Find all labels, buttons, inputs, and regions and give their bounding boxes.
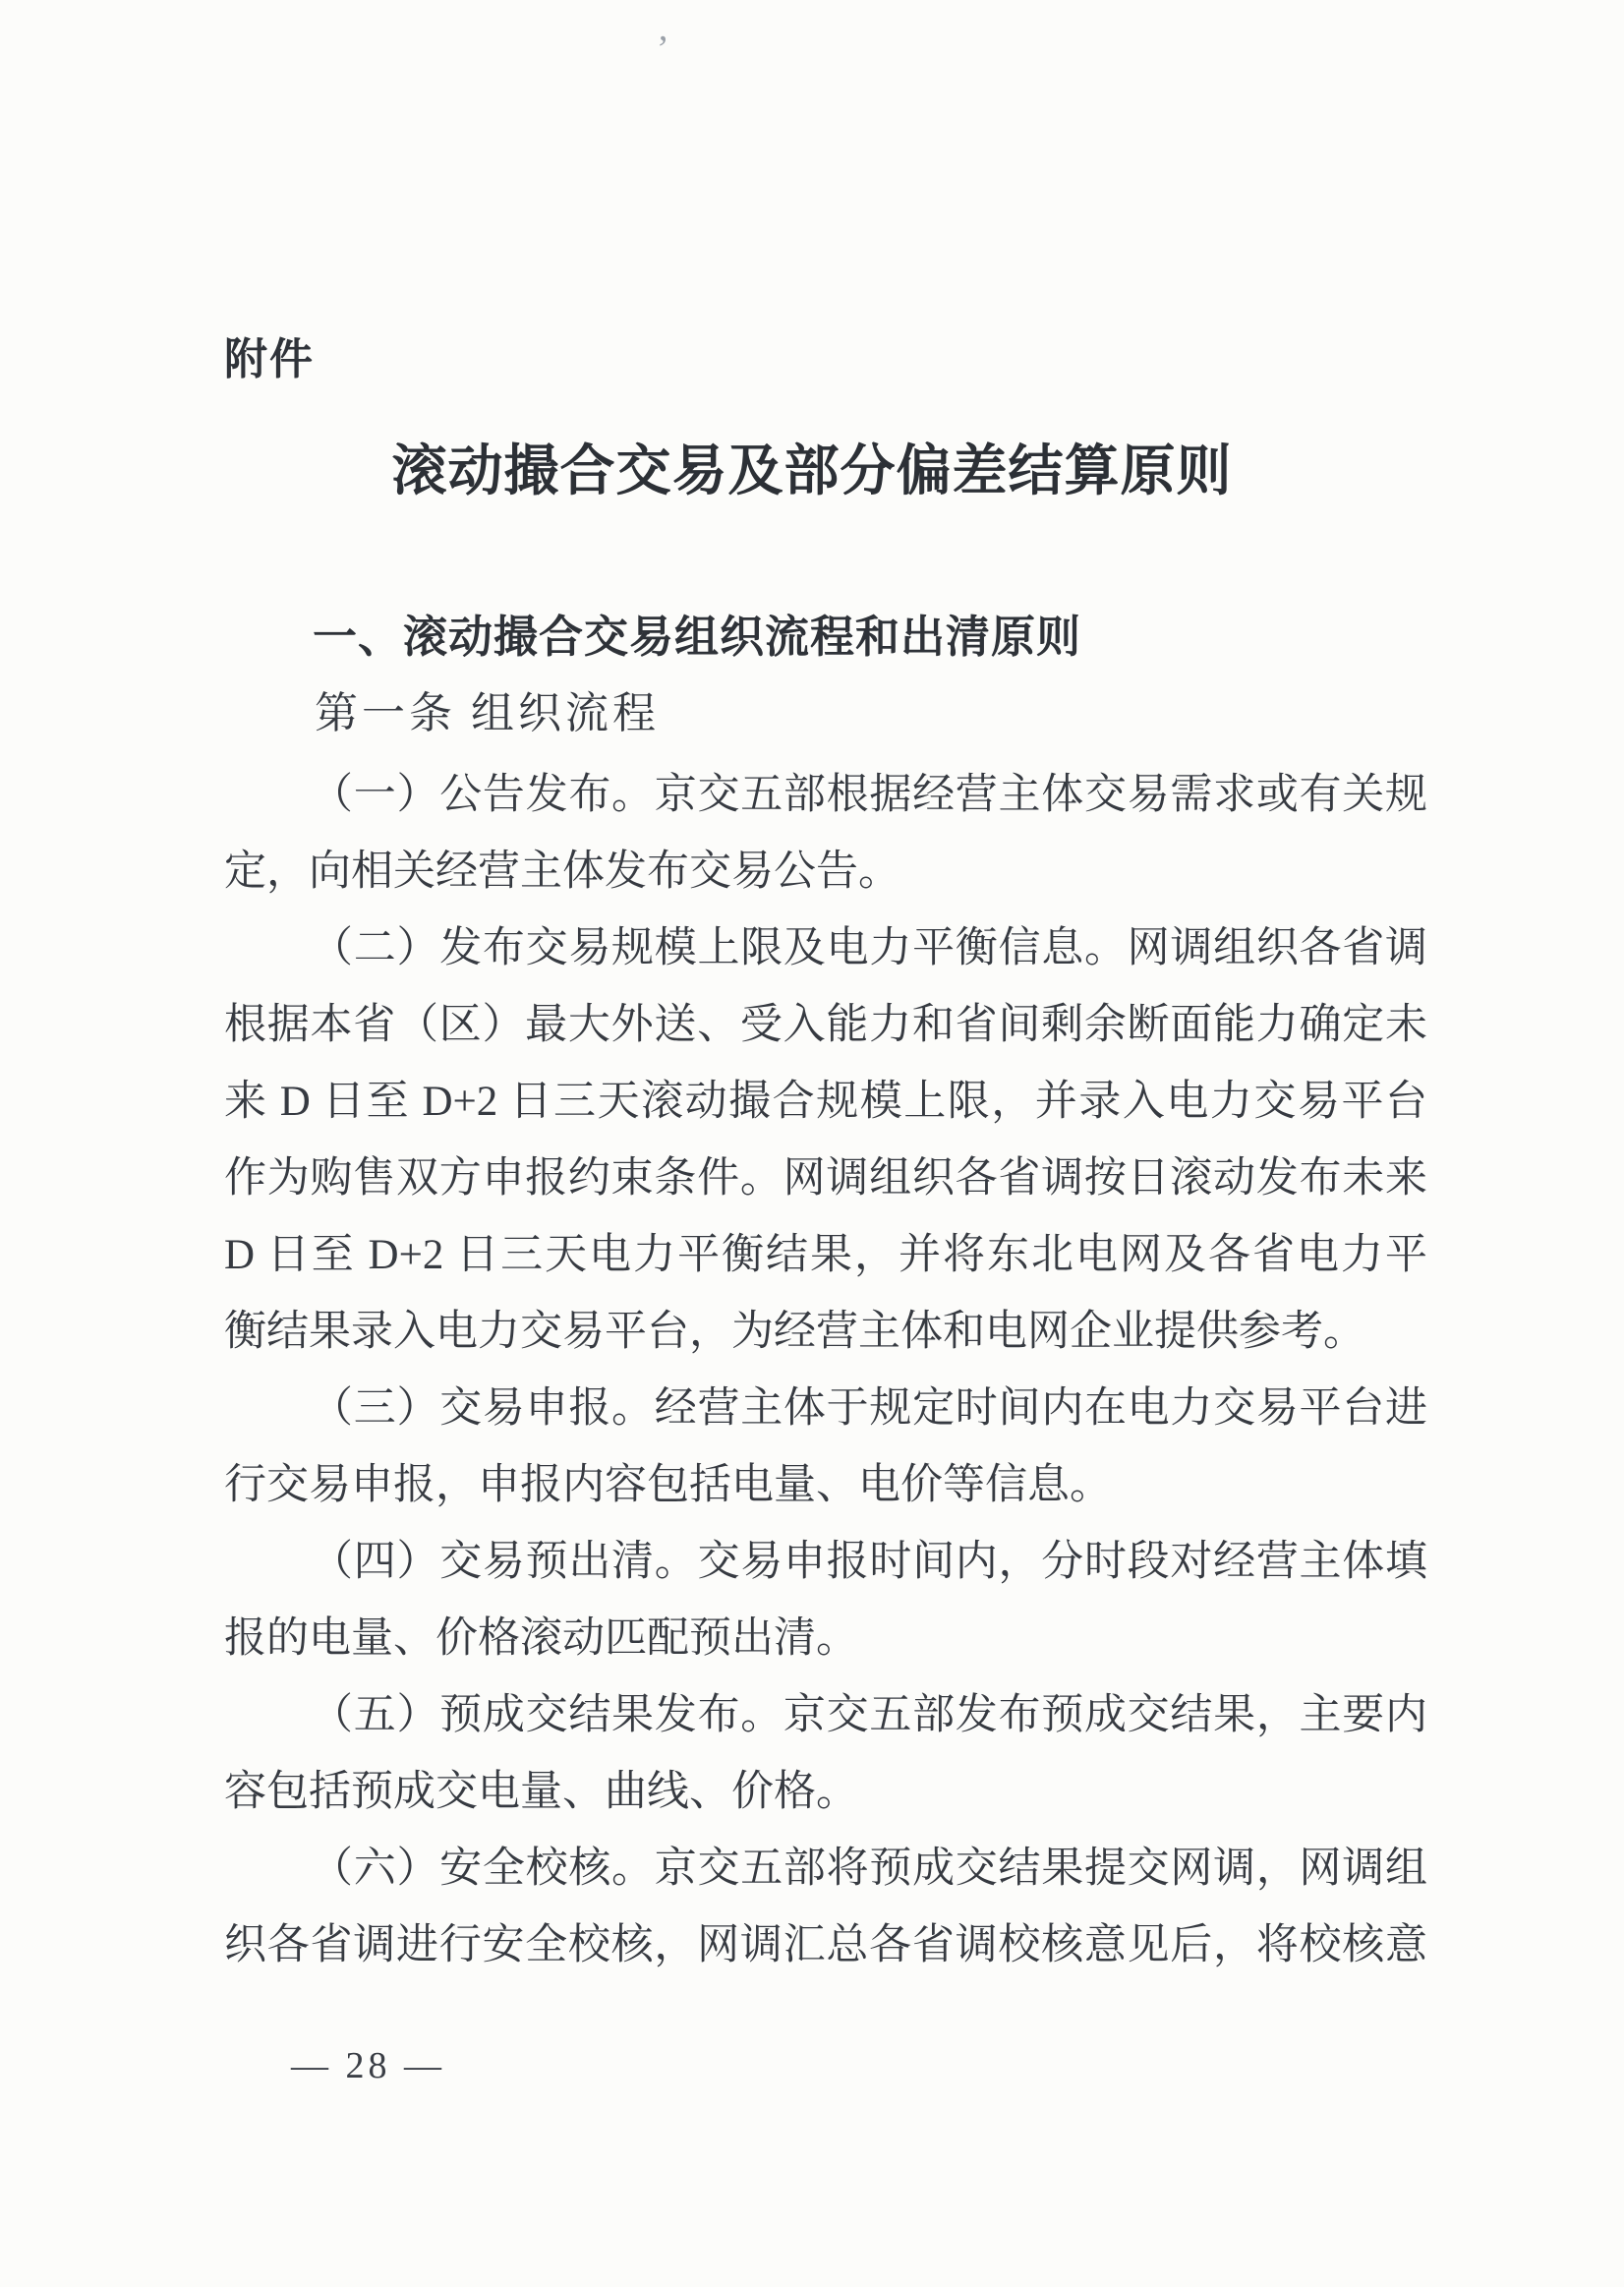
body-line: 定，向相关经营主体发布交易公告。 (224, 834, 1427, 910)
body-line: （五）预成交结果发布。京交五部发布预成交结果，主要内 (224, 1677, 1427, 1754)
body-line: （二）发布交易规模上限及电力平衡信息。网调组织各省调 (224, 910, 1427, 987)
body-line: 衡结果录入电力交易平台，为经营主体和电网企业提供参考。 (224, 1294, 1427, 1371)
document-page: ’ 附件 滚动撮合交易及部分偏差结算原则 一、滚动撮合交易组织流程和出清原则 第… (0, 0, 1624, 2287)
body-line: 报的电量、价格滚动匹配预出清。 (224, 1601, 1427, 1677)
body-line: （六）安全校核。京交五部将预成交结果提交网调，网调组 (224, 1831, 1427, 1907)
document-title: 滚动撮合交易及部分偏差结算原则 (0, 431, 1624, 513)
body-line: 织各省调进行安全校核，网调汇总各省调校核意见后，将校核意 (224, 1907, 1427, 1984)
body-line: 行交易申报，申报内容包括电量、电价等信息。 (224, 1447, 1427, 1524)
body-line: 来 D 日至 D+2 日三天滚动撮合规模上限，并录入电力交易平台 (224, 1064, 1427, 1141)
attachment-label: 附件 (224, 323, 315, 397)
body-line: （一）公告发布。京交五部根据经营主体交易需求或有关规 (224, 757, 1427, 834)
body-line: D 日至 D+2 日三天电力平衡结果，并将东北电网及各省电力平 (224, 1217, 1427, 1294)
body-line: （三）交易申报。经营主体于规定时间内在电力交易平台进 (224, 1371, 1427, 1447)
article-heading: 第一条 组织流程 (315, 676, 660, 751)
page-number: — 28 — (291, 2043, 445, 2088)
body-line: 根据本省（区）最大外送、受入能力和省间剩余断面能力确定未 (224, 987, 1427, 1064)
body-line: 作为购售双方申报约束条件。网调组织各省调按日滚动发布未来 (224, 1141, 1427, 1217)
body-line: （四）交易预出清。交易申报时间内，分时段对经营主体填 (224, 1524, 1427, 1601)
document-body: （一）公告发布。京交五部根据经营主体交易需求或有关规 定，向相关经营主体发布交易… (224, 757, 1427, 1984)
section-heading: 一、滚动撮合交易组织流程和出清原则 (313, 600, 1081, 674)
body-line: 容包括预成交电量、曲线、价格。 (224, 1754, 1427, 1831)
scan-artifact: ’ (657, 28, 669, 71)
